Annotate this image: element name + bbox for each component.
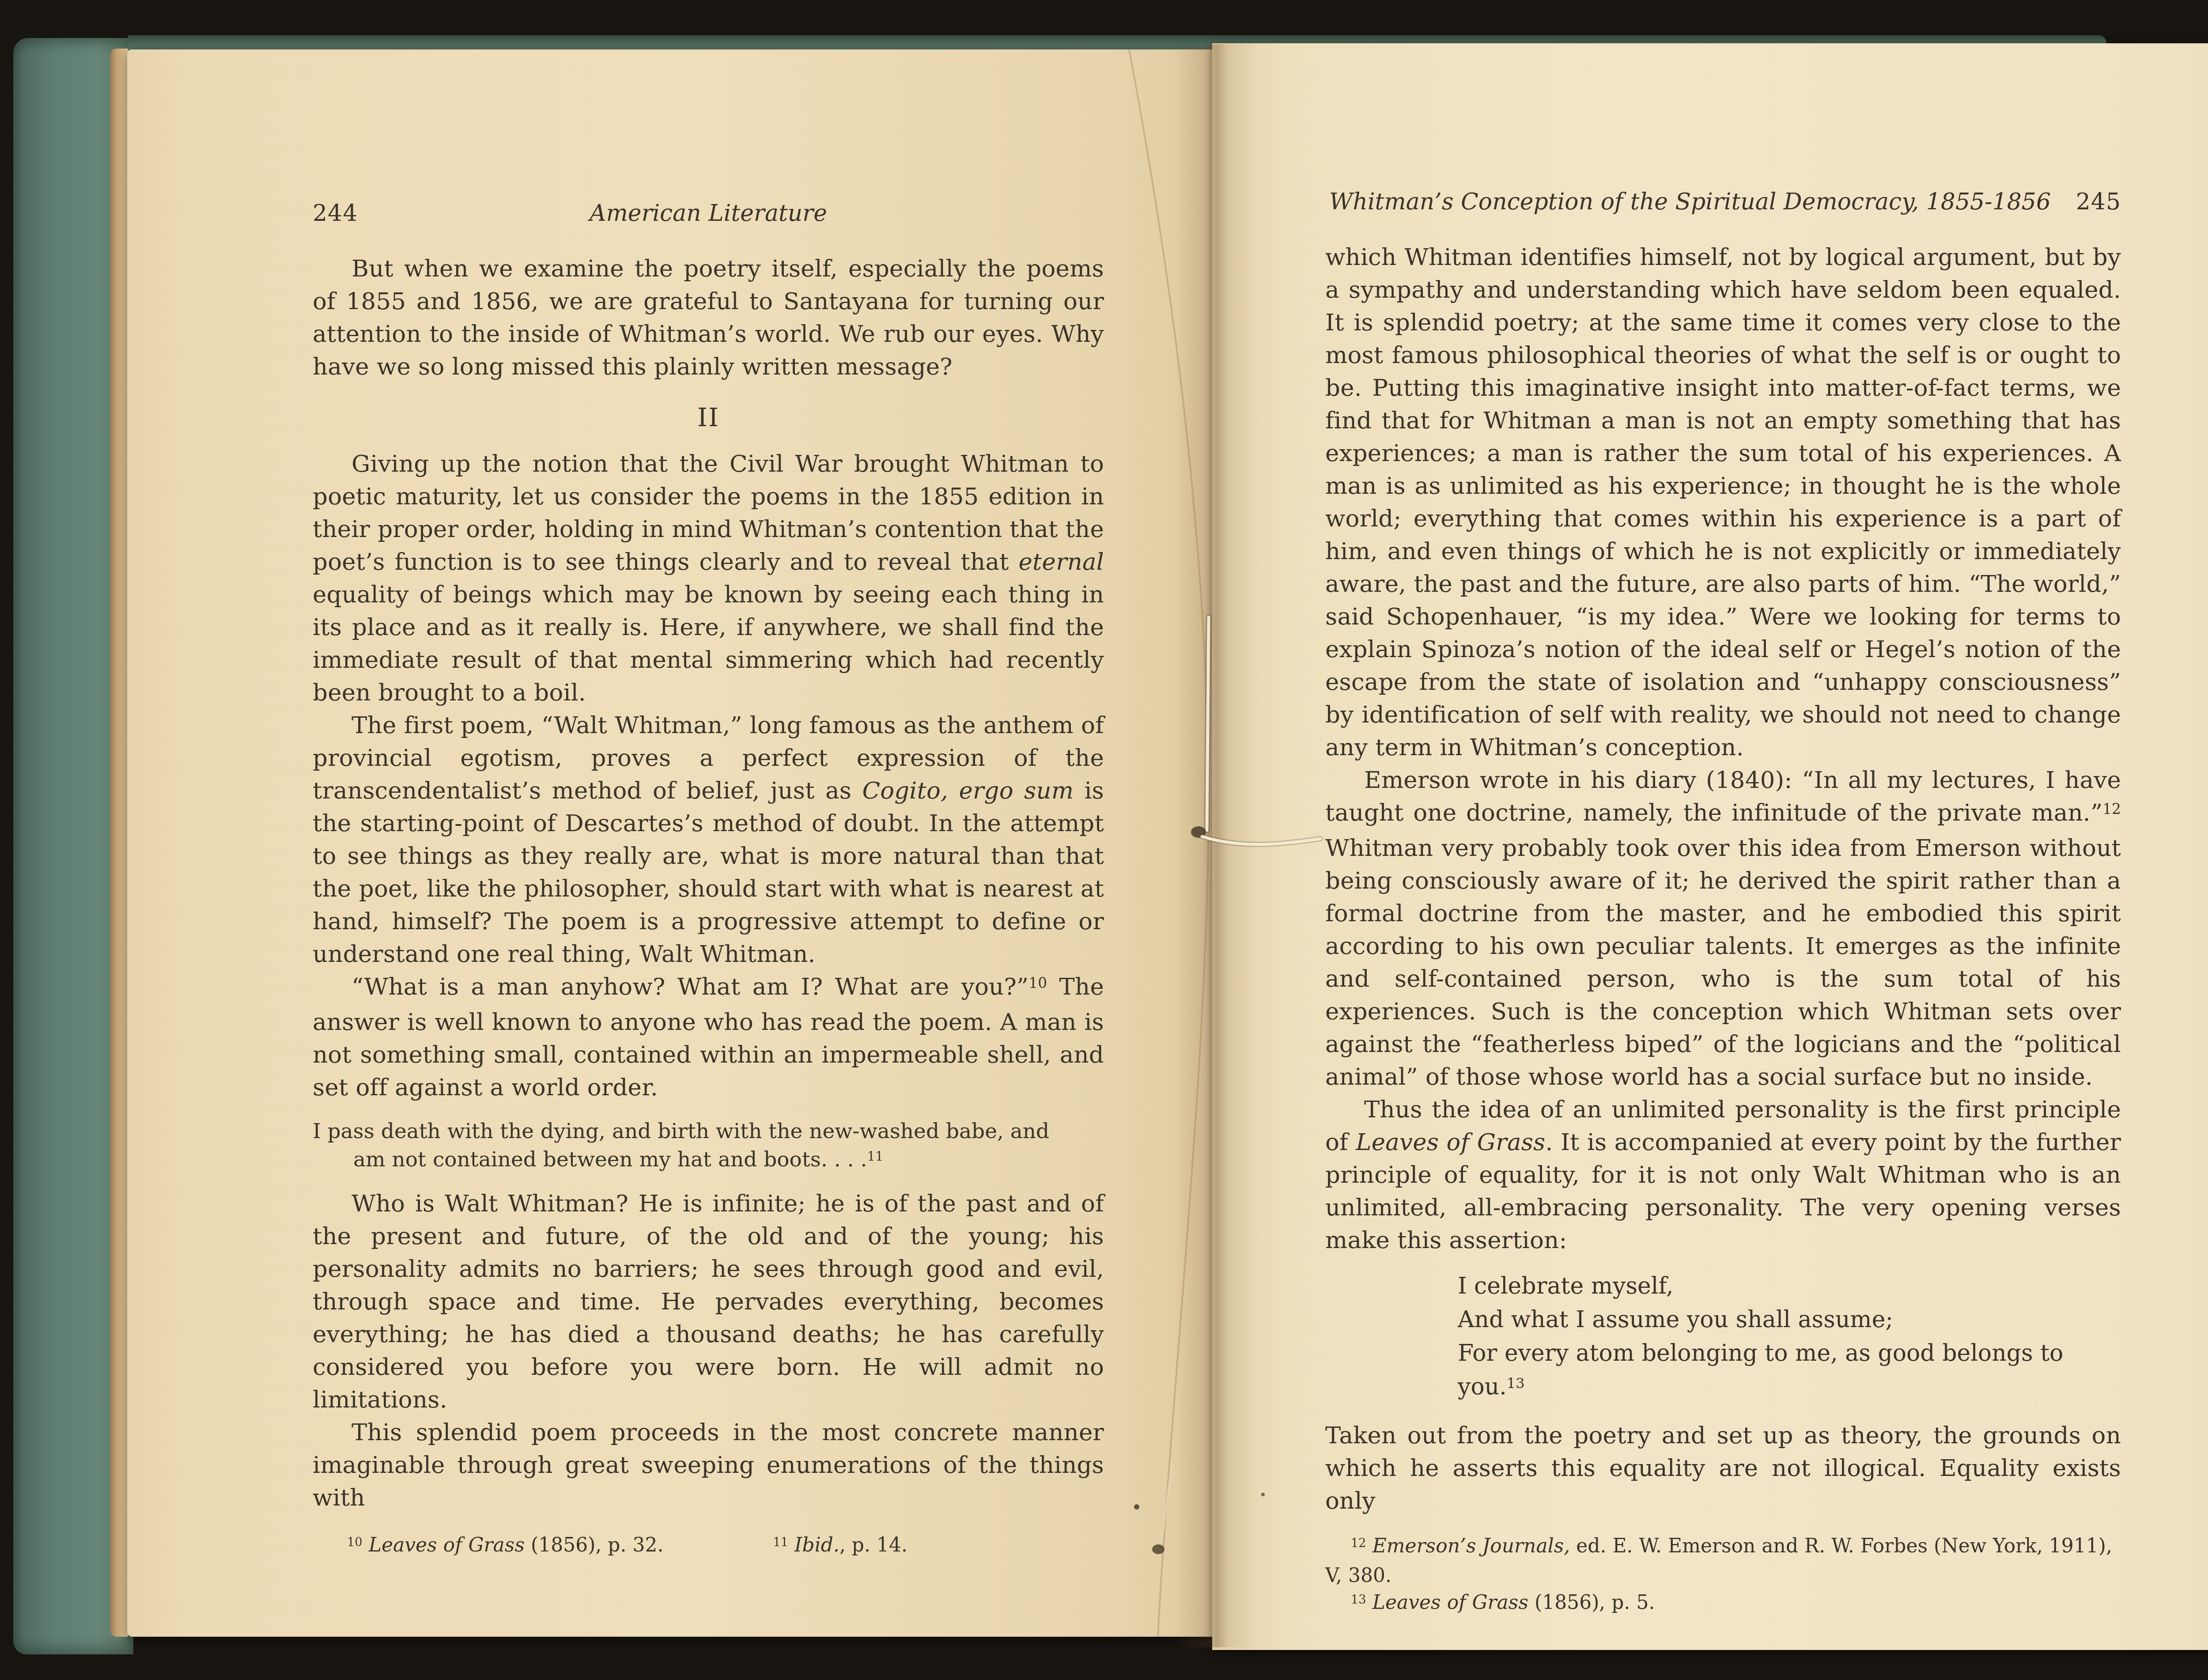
block-quote-line: I pass death with the dying, and birth w… bbox=[313, 1117, 1104, 1146]
footnote: 10 Leaves of Grass (1856), p. 32. bbox=[347, 1532, 663, 1561]
footnote: 11 Ibid., p. 14. bbox=[773, 1532, 907, 1561]
footnote: 13 Leaves of Grass (1856), p. 5. bbox=[1325, 1589, 2121, 1619]
page-stack-edge bbox=[110, 49, 128, 1637]
footnotes: 10 Leaves of Grass (1856), p. 32. 11 Ibi… bbox=[313, 1532, 1104, 1561]
paragraph: The first poem, “Walt Whitman,” long fam… bbox=[313, 709, 1104, 971]
paragraph: This splendid poem proceeds in the most … bbox=[313, 1416, 1104, 1514]
paragraph: which Whitman identifies himself, not by… bbox=[1325, 241, 2121, 764]
paragraph: Giving up the notion that the Civil War … bbox=[313, 448, 1104, 709]
block-quote-line: am not contained between my hat and boot… bbox=[313, 1146, 1104, 1176]
paragraph: “What is a man anyhow? What am I? What a… bbox=[313, 971, 1104, 1104]
paragraph: But when we examine the poetry itself, e… bbox=[313, 253, 1104, 383]
left-page-text-block: 244 American Literature But when we exam… bbox=[313, 199, 1104, 1561]
running-title: American Literature bbox=[313, 199, 1104, 228]
verse-line: I celebrate myself, bbox=[1458, 1269, 2121, 1303]
footnotes: 12 Emerson’s Journals, ed. E. W. Emerson… bbox=[1325, 1532, 2121, 1619]
paragraph: Emerson wrote in his diary (1840): “In a… bbox=[1325, 764, 2121, 1094]
book-photo: 244 American Literature But when we exam… bbox=[0, 0, 2208, 1680]
right-page: Whitman’s Conception of the Spiritual De… bbox=[1212, 43, 2208, 1650]
page-number: 245 bbox=[2076, 187, 2121, 216]
left-page-header: 244 American Literature bbox=[313, 199, 1104, 230]
right-page-header: Whitman’s Conception of the Spiritual De… bbox=[1325, 187, 2121, 218]
paragraph: Who is Walt Whitman? He is infinite; he … bbox=[313, 1188, 1104, 1416]
footnote: 12 Emerson’s Journals, ed. E. W. Emerson… bbox=[1325, 1532, 2121, 1589]
paragraph: Thus the idea of an unlimited personalit… bbox=[1325, 1094, 2121, 1257]
section-heading: II bbox=[313, 401, 1104, 434]
running-title: Whitman’s Conception of the Spiritual De… bbox=[1325, 187, 2055, 216]
right-page-text-block: Whitman’s Conception of the Spiritual De… bbox=[1325, 187, 2121, 1619]
block-quote: I pass death with the dying, and birth w… bbox=[313, 1117, 1104, 1176]
verse-quote: I celebrate myself, And what I assume yo… bbox=[1458, 1269, 2121, 1406]
left-page: 244 American Literature But when we exam… bbox=[127, 49, 1212, 1637]
verse-line: For every atom belonging to me, as good … bbox=[1458, 1336, 2121, 1406]
verse-line: And what I assume you shall assume; bbox=[1458, 1303, 2121, 1336]
paragraph: Taken out from the poetry and set up as … bbox=[1325, 1419, 2121, 1517]
